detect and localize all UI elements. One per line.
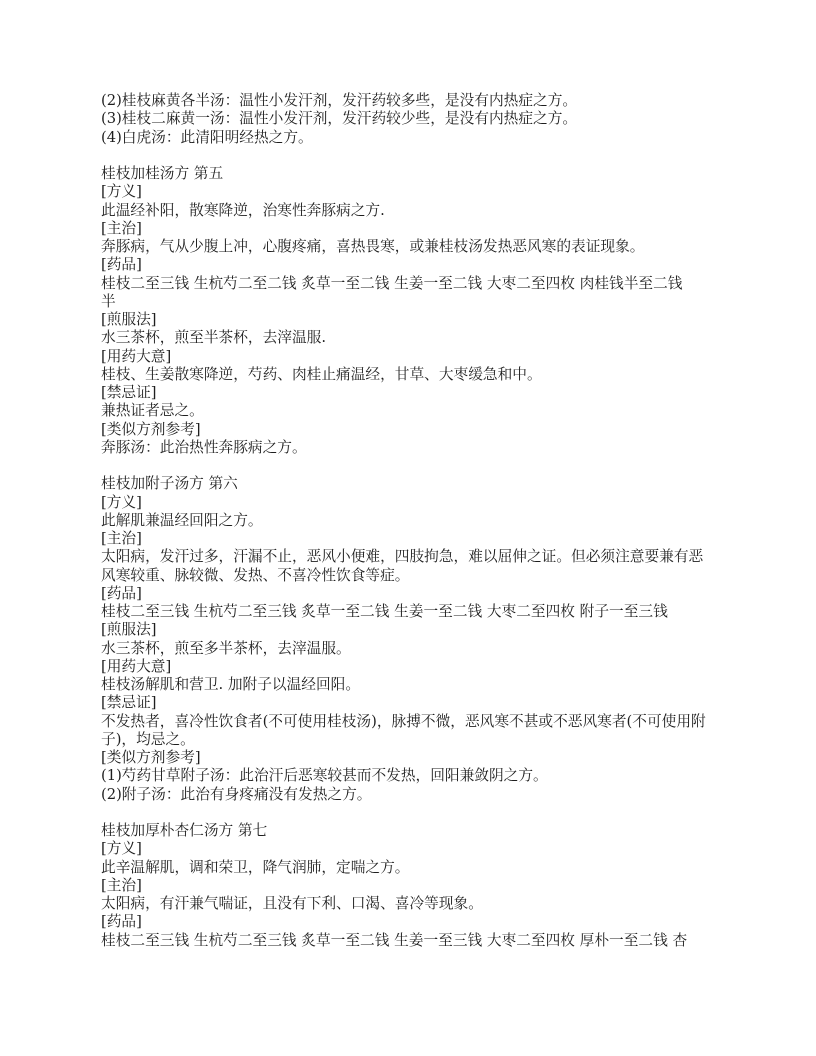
text-line: [药品]: [101, 913, 721, 931]
text-line: 桂枝、生姜散寒降逆，芍药、肉桂止痛温经，甘草、大枣缓急和中。: [101, 366, 721, 384]
text-line: 桂枝二至三钱 生杭芍二至三钱 炙草一至二钱 生姜一至三钱 大枣二至四枚 厚朴一至…: [101, 932, 721, 950]
text-line: (1)芍药甘草附子汤：此治汗后恶寒较甚而不发热，回阳兼敛阴之方。: [101, 767, 721, 785]
text-line: [禁忌证]: [101, 384, 721, 402]
document-page: (2)桂枝麻黄各半汤：温性小发汗剂，发汗药较多些，是没有内热症之方。(3)桂枝二…: [0, 0, 816, 1056]
document-text-block: (2)桂枝麻黄各半汤：温性小发汗剂，发汗药较多些，是没有内热症之方。(3)桂枝二…: [101, 92, 721, 950]
text-line: [主治]: [101, 877, 721, 895]
blank-line: [101, 804, 721, 822]
blank-line: [101, 457, 721, 475]
section-title: 桂枝加厚朴杏仁汤方 第七: [101, 822, 721, 840]
text-line: 奔豚汤：此治热性奔豚病之方。: [101, 439, 721, 457]
text-line: 桂枝二至三钱 生杭芍二至三钱 炙草一至二钱 生姜一至二钱 大枣二至四枚 附子一至…: [101, 603, 721, 621]
section-title: 桂枝加桂汤方 第五: [101, 165, 721, 183]
text-line: 水三茶杯，煎至半茶杯，去滓温服.: [101, 329, 721, 347]
text-line: [用药大意]: [101, 658, 721, 676]
text-line: (2)附子汤：此治有身疼痛没有发热之方。: [101, 786, 721, 804]
text-line: 桂枝汤解肌和营卫. 加附子以温经回阳。: [101, 676, 721, 694]
text-line: [煎服法]: [101, 311, 721, 329]
text-line: (4)白虎汤：此清阳明经热之方。: [101, 129, 721, 147]
text-line: [主治]: [101, 530, 721, 548]
text-line: 太阳病，发汗过多，汗漏不止，恶风小便难，四肢拘急，难以屈伸之证。但必须注意要兼有…: [101, 548, 721, 566]
text-line: [用药大意]: [101, 348, 721, 366]
text-line: [方义]: [101, 840, 721, 858]
blank-line: [101, 147, 721, 165]
text-line: [煎服法]: [101, 621, 721, 639]
text-line: [方义]: [101, 183, 721, 201]
text-line: 子)，均忌之。: [101, 731, 721, 749]
text-line: [类似方剂参考]: [101, 749, 721, 767]
text-line: 水三茶杯，煎至多半茶杯，去滓温服。: [101, 640, 721, 658]
text-line: [主治]: [101, 220, 721, 238]
text-line: 奔豚病，气从少腹上冲，心腹疼痛，喜热畏寒，或兼桂枝汤发热恶风寒的表证现象。: [101, 238, 721, 256]
text-line: [方义]: [101, 494, 721, 512]
text-line: 风寒较重、脉较微、发热、不喜冷性饮食等症。: [101, 567, 721, 585]
text-line: 桂枝二至三钱 生杭芍二至二钱 炙草一至二钱 生姜一至二钱 大枣二至四枚 肉桂钱半…: [101, 275, 721, 293]
text-line: 半: [101, 293, 721, 311]
text-line: 不发热者，喜冷性饮食者(不可使用桂枝汤)，脉搏不微，恶风寒不甚或不恶风寒者(不可…: [101, 713, 721, 731]
text-line: 太阳病，有汗兼气喘证，且没有下利、口渴、喜冷等现象。: [101, 895, 721, 913]
text-line: 此辛温解肌，调和荣卫，降气润肺，定喘之方。: [101, 859, 721, 877]
text-line: (2)桂枝麻黄各半汤：温性小发汗剂，发汗药较多些，是没有内热症之方。: [101, 92, 721, 110]
text-line: [药品]: [101, 585, 721, 603]
text-line: (3)桂枝二麻黄一汤：温性小发汗剂，发汗药较少些，是没有内热症之方。: [101, 110, 721, 128]
section-title: 桂枝加附子汤方 第六: [101, 475, 721, 493]
text-line: [禁忌证]: [101, 694, 721, 712]
text-line: [药品]: [101, 256, 721, 274]
text-line: 此温经补阳，散寒降逆，治寒性奔豚病之方.: [101, 202, 721, 220]
text-line: 兼热证者忌之。: [101, 402, 721, 420]
text-line: 此解肌兼温经回阳之方。: [101, 512, 721, 530]
text-line: [类似方剂参考]: [101, 421, 721, 439]
